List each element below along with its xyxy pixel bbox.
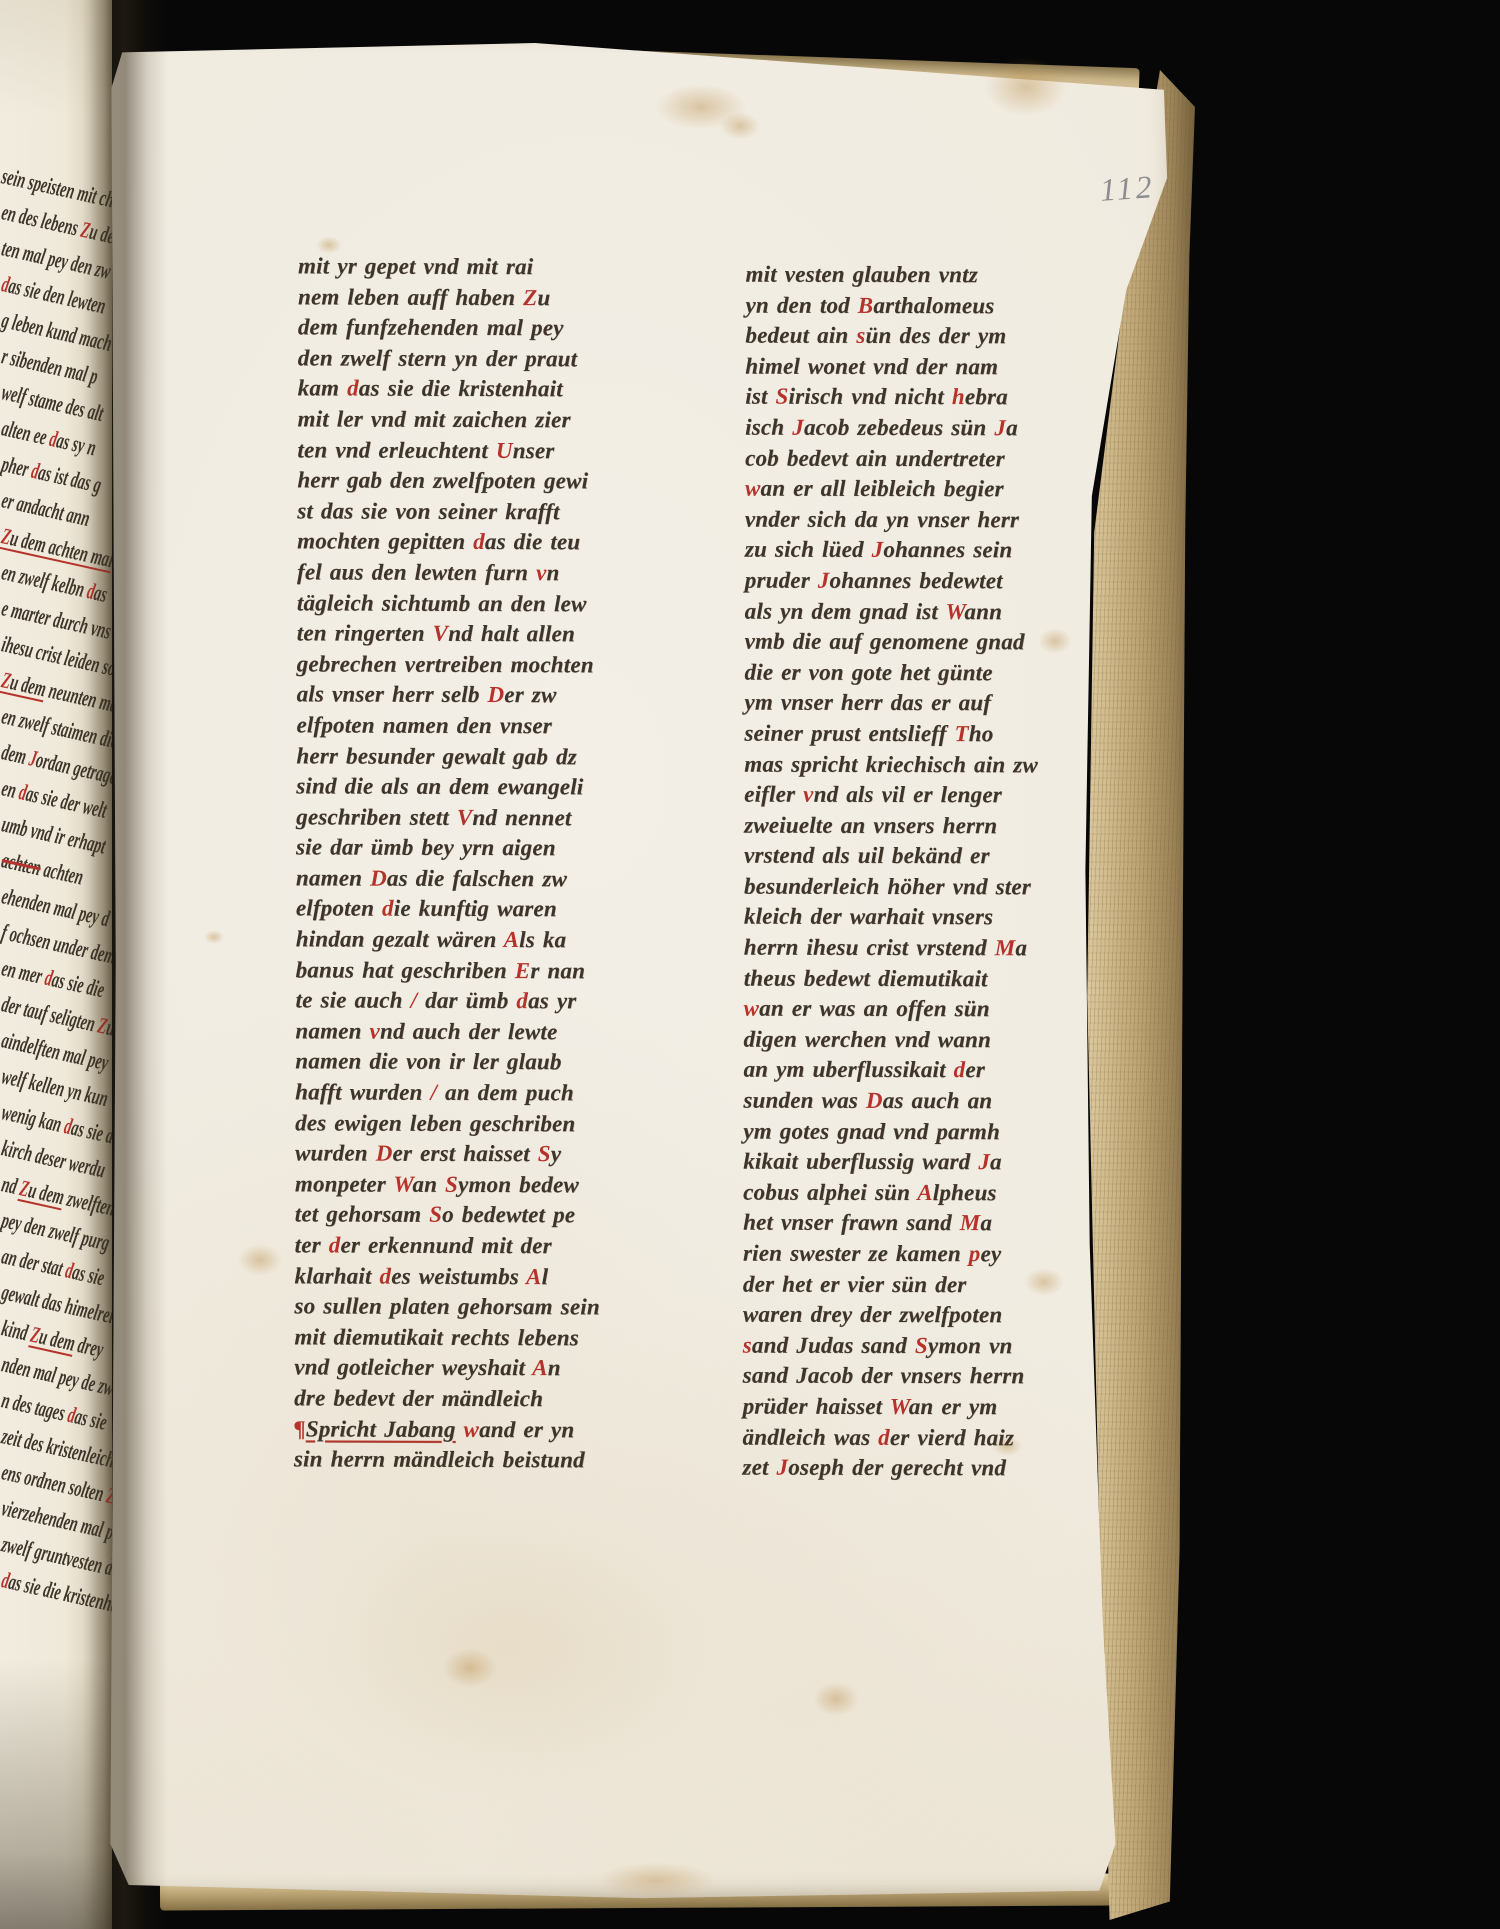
manuscript-line: ter der erkennund mit der — [295, 1230, 675, 1262]
edge-text-line: nd Zu dem zwelften — [0, 1166, 112, 1236]
manuscript-photo: sein speisten mit chen des lebens Zu det… — [0, 0, 1500, 1929]
manuscript-line: tet gehorsam So bedewtet pe — [295, 1200, 675, 1232]
manuscript-line: zweiuelte an vnsers herrn — [744, 810, 1074, 841]
manuscript-line: ym gotes gnad vnd parmh — [743, 1116, 1073, 1147]
manuscript-line: namen Das die falschen zw — [296, 863, 676, 895]
manuscript-line: hafft wurden / an dem puch — [295, 1077, 675, 1109]
manuscript-line: dem funfzehenden mal pey — [298, 313, 678, 345]
text-column-left: mit yr gepet vnd mit rainem leben auff h… — [294, 251, 678, 1476]
manuscript-line: elfpoten die kunftig waren — [296, 894, 676, 926]
manuscript-line: digen werchen vnd wann — [744, 1024, 1074, 1055]
edge-text-line: wenig kan das sie d — [0, 1094, 112, 1164]
manuscript-line: sand Jacob der vnsers herrn — [743, 1361, 1073, 1392]
manuscript-line: sind die als an dem ewangeli — [296, 771, 676, 803]
manuscript-line: eifler vnd als vil er lenger — [744, 780, 1074, 811]
edge-text-line: welf kellen yn kun — [0, 1058, 112, 1128]
edge-text-line: sein speisten mit ch — [0, 158, 112, 228]
edge-text-line: ens ordnen solten Zu — [0, 1454, 112, 1524]
edge-text-line: kind Zu dem drey — [0, 1310, 112, 1380]
edge-text-line: pher das ist das g — [0, 446, 112, 516]
manuscript-line: nem leben auff haben Zu — [298, 282, 678, 314]
edge-text-line: welf stame des alt — [0, 374, 112, 444]
manuscript-line: kleich der warhait vnsers — [744, 902, 1074, 933]
manuscript-line: des ewigen leben geschriben — [295, 1108, 675, 1140]
manuscript-line: seiner prust entslieff Tho — [744, 718, 1074, 749]
manuscript-line: sand Judas sand Symon vn — [743, 1330, 1073, 1361]
manuscript-line: yn den tod Barthalomeus — [745, 290, 1075, 321]
manuscript-line: mit diemutikait rechts lebens — [294, 1322, 674, 1354]
edge-text-line: achten achten — [0, 842, 112, 912]
folio-number: 112 — [1099, 168, 1156, 209]
manuscript-line: herr gab den zwelfpoten gewi — [297, 465, 677, 497]
manuscript-line: himel wonet vnd der nam — [745, 351, 1075, 382]
manuscript-line: tägleich sichtumb an den lew — [297, 588, 677, 620]
manuscript-line: elfpoten namen den vnser — [296, 710, 676, 742]
edge-text-line: en zwelf staimen die — [0, 698, 112, 768]
manuscript-line: mit ler vnd mit zaichen zier — [297, 404, 677, 436]
manuscript-line: prüder haisset Wan er ym — [743, 1392, 1073, 1423]
edge-text-line: Zu dem neunten mal — [0, 662, 112, 732]
manuscript-line: cobus alphei sün Alpheus — [743, 1177, 1073, 1208]
manuscript-line: st das sie von seiner krafft — [297, 496, 677, 528]
manuscript-line: wan er all leibleich begier — [745, 474, 1075, 505]
text-column-right: mit vesten glauben vntzyn den tod Bartha… — [742, 260, 1075, 1485]
manuscript-line: mochten gepitten das die teu — [297, 527, 677, 559]
edge-text-line: an der stat das sie — [0, 1238, 112, 1308]
manuscript-line: vnder sich da yn vnser herr — [745, 504, 1075, 535]
manuscript-line: fel aus den lewten furn vn — [297, 557, 677, 589]
edge-text-line: nden mal pey de zwelf — [0, 1346, 112, 1416]
manuscript-line: ym vnser herr das er auf — [744, 688, 1074, 719]
manuscript-line: als yn dem gnad ist Wann — [745, 596, 1075, 627]
edge-text-line: kirch deser werdu — [0, 1130, 112, 1200]
previous-page-text: sein speisten mit chen des lebens Zu det… — [2, 158, 112, 1598]
manuscript-line: so sullen platen gehorsam sein — [294, 1292, 674, 1324]
manuscript-line: te sie auch / dar ümb das yr — [295, 986, 675, 1018]
edge-text-line: ihesu crist leiden sol — [0, 626, 112, 696]
edge-text-line: zwelf gruntvesten der — [0, 1526, 112, 1596]
edge-text-line: er andacht ann — [0, 482, 112, 552]
previous-page-edge: sein speisten mit chen des lebens Zu det… — [0, 0, 112, 1929]
edge-text-line: r sibenden mal p — [0, 338, 112, 408]
manuscript-line: pruder Johannes bedewtet — [745, 566, 1075, 597]
edge-text-line: das sie die kristenhait — [0, 1562, 112, 1632]
edge-text-line: vierzehenden mal pey — [0, 1490, 112, 1560]
manuscript-line: hindan gezalt wären Als ka — [296, 924, 676, 956]
edge-text-line: alten ee das sy n — [0, 410, 112, 480]
manuscript-line: namen die von ir ler glaub — [295, 1047, 675, 1079]
manuscript-line: bedeut ain sün des der ym — [745, 321, 1075, 352]
edge-text-line: en des lebens Zu de — [0, 194, 112, 264]
manuscript-line: monpeter Wan Symon bedew — [295, 1169, 675, 1201]
manuscript-line: den zwelf stern yn der praut — [298, 343, 678, 375]
manuscript-line: der het er vier sün der — [743, 1269, 1073, 1300]
manuscript-line: kikait uberflussig ward Ja — [743, 1147, 1073, 1178]
edge-text-line: pey den zwelf purg — [0, 1202, 112, 1272]
manuscript-line: ändleich was der vierd haiz — [742, 1422, 1072, 1453]
manuscript-line: mit yr gepet vnd mit rai — [298, 251, 678, 283]
edge-text-line: zeit des kristenleichen — [0, 1418, 112, 1488]
edge-text-line: n des tages das sie — [0, 1382, 112, 1452]
edge-text-line: umb vnd ir erhapt — [0, 806, 112, 876]
manuscript-line: namen vnd auch der lewte — [295, 1016, 675, 1048]
edge-text-line: dem Jordan getragen — [0, 734, 112, 804]
edge-text-line: en mer das sie die — [0, 950, 112, 1020]
manuscript-line: banus hat geschriben Er nan — [296, 955, 676, 987]
manuscript-line: vrstend als uil bekänd er — [744, 841, 1074, 872]
manuscript-line: die er von gote het günte — [744, 657, 1074, 688]
edge-text-line: ten mal pey den zw — [0, 230, 112, 300]
manuscript-line: wan er was an offen sün — [744, 994, 1074, 1025]
manuscript-line: sie dar ümb bey yrn aigen — [296, 833, 676, 865]
manuscript-line: ten vnd erleuchtent Unser — [297, 435, 677, 467]
manuscript-line: mas spricht kriechisch ain zw — [744, 749, 1074, 780]
manuscript-line: theus bedewt diemutikait — [744, 963, 1074, 994]
manuscript-line: herr besunder gewalt gab dz — [296, 741, 676, 773]
edge-text-line: gewalt das himelreich — [0, 1274, 112, 1344]
manuscript-line: het vnser frawn sand Ma — [743, 1208, 1073, 1239]
edge-text-line: aindelften mal pey — [0, 1022, 112, 1092]
edge-text-line: g leben kund mach — [0, 302, 112, 372]
edge-text-line: f ochsen under dem — [0, 914, 112, 984]
edge-text-line: das sie den lewten — [0, 266, 112, 336]
edge-text-line: der tauf seligten Zu — [0, 986, 112, 1056]
manuscript-line: gebrechen vertreiben mochten — [297, 649, 677, 681]
manuscript-line: dre bedevt der mändleich — [294, 1383, 674, 1415]
manuscript-line: herrn ihesu crist vrstend Ma — [744, 933, 1074, 964]
edge-text-line: ehenden mal pey d — [0, 878, 112, 948]
manuscript-line: vnd gotleicher weyshait An — [294, 1353, 674, 1385]
manuscript-line: als vnser herr selb Der zw — [297, 680, 677, 712]
manuscript-line: zu sich lüed Johannes sein — [745, 535, 1075, 566]
manuscript-line: sunden was Das auch an — [743, 1086, 1073, 1117]
manuscript-line: vmb die auf genomene gnad — [745, 627, 1075, 658]
manuscript-line: rien swester ze kamen pey — [743, 1239, 1073, 1270]
edge-text-line: en zwelf kelbn das — [0, 554, 112, 624]
edge-text-line: Zu dem achten mal — [0, 518, 112, 588]
manuscript-line: geschriben stett Vnd nennet — [296, 802, 676, 834]
manuscript-line: mit vesten glauben vntz — [746, 260, 1076, 291]
manuscript-line: sin herrn mändleich beistund — [294, 1444, 674, 1476]
manuscript-line: an ym uberflussikait der — [743, 1055, 1073, 1086]
edge-text-line: en das sie der welt — [0, 770, 112, 840]
manuscript-line: kam das sie die kristenhait — [298, 374, 678, 406]
manuscript-line: zet Joseph der gerecht vnd — [742, 1453, 1072, 1484]
manuscript-line: klarhait des weistumbs Al — [295, 1261, 675, 1293]
manuscript-line: ¶Spricht Jabang wand er yn — [294, 1414, 674, 1446]
manuscript-line: besunderleich höher vnd ster — [744, 871, 1074, 902]
manuscript-line: wurden Der erst haisset Sy — [295, 1139, 675, 1171]
edge-text-line: e marter durch vns — [0, 590, 112, 660]
manuscript-line: ten ringerten Vnd halt allen — [297, 618, 677, 650]
manuscript-line: waren drey der zwelfpoten — [743, 1300, 1073, 1331]
manuscript-line: isch Jacob zebedeus sün Ja — [745, 413, 1075, 444]
manuscript-line: ist Sirisch vnd nicht hebra — [745, 382, 1075, 413]
manuscript-line: cob bedevt ain undertreter — [745, 443, 1075, 474]
